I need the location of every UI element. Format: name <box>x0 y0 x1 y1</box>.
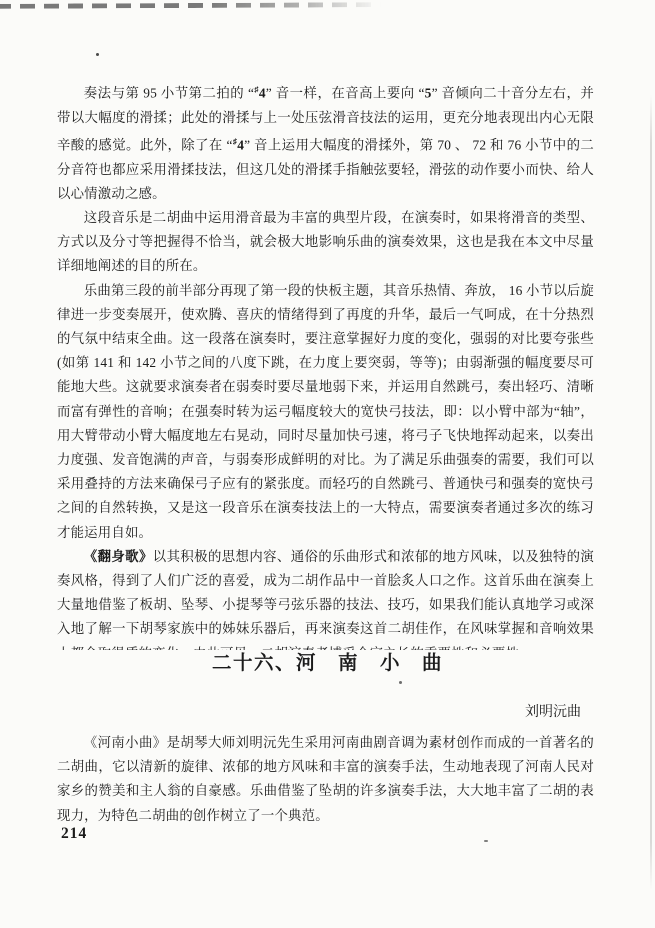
body-text-upper: 奏法与第 95 小节第二拍的 “♯4” 音一样，在音高上要向 “5” 音倾向二十… <box>57 78 594 650</box>
text-segment: 《翻身歌》 <box>84 549 153 564</box>
text-segment: 4 <box>259 85 266 100</box>
section-heading: 二十六、河 南 小 曲 <box>0 650 655 678</box>
scan-speck <box>96 53 99 56</box>
paragraph: 这段音乐是二胡曲中运用滑音最为丰富的典型片段，在演奏时，如果将滑音的类型、方式以… <box>57 206 594 279</box>
paragraph: 奏法与第 95 小节第二拍的 “♯4” 音一样，在音高上要向 “5” 音倾向二十… <box>57 78 594 206</box>
text-segment: 奏法与第 95 小节第二拍的 “ <box>84 85 254 100</box>
composer-credit: 刘明沅曲 <box>57 703 594 723</box>
right-page-edge-line <box>650 95 652 890</box>
text-segment: 《河南小曲》是胡琴大师刘明沅先生采用河南曲剧音调为素材创作而成的一首著名的二胡曲… <box>57 735 594 823</box>
scan-speck <box>484 840 488 842</box>
torn-edge-dashes <box>0 2 382 9</box>
paragraph: 《翻身歌》以其积极的思想内容、通俗的乐曲形式和浓郁的地方风味，以及独特的演奏风格… <box>57 545 594 650</box>
text-segment: ” 音一样，在音高上要向 “ <box>266 85 425 100</box>
page-number: 214 <box>61 824 87 844</box>
text-segment: 乐曲第三段的前半部分再现了第一段的快板主题，其音乐热情、奔放， 16 小节以后旋… <box>57 283 594 540</box>
body-text-lower: 《河南小曲》是胡琴大师刘明沅先生采用河南曲剧音调为素材创作而成的一首著名的二胡曲… <box>57 731 594 835</box>
paragraph: 乐曲第三段的前半部分再现了第一段的快板主题，其音乐热情、奔放， 16 小节以后旋… <box>57 279 594 545</box>
text-segment: 这段音乐是二胡曲中运用滑音最为丰富的典型片段，在演奏时，如果将滑音的类型、方式以… <box>57 210 594 273</box>
scanned-book-page: 奏法与第 95 小节第二拍的 “♯4” 音一样，在音高上要向 “5” 音倾向二十… <box>0 0 655 928</box>
scan-speck <box>399 681 402 684</box>
text-segment: 5 <box>425 85 432 100</box>
paragraph: 《河南小曲》是胡琴大师刘明沅先生采用河南曲剧音调为素材创作而成的一首著名的二胡曲… <box>57 731 594 828</box>
